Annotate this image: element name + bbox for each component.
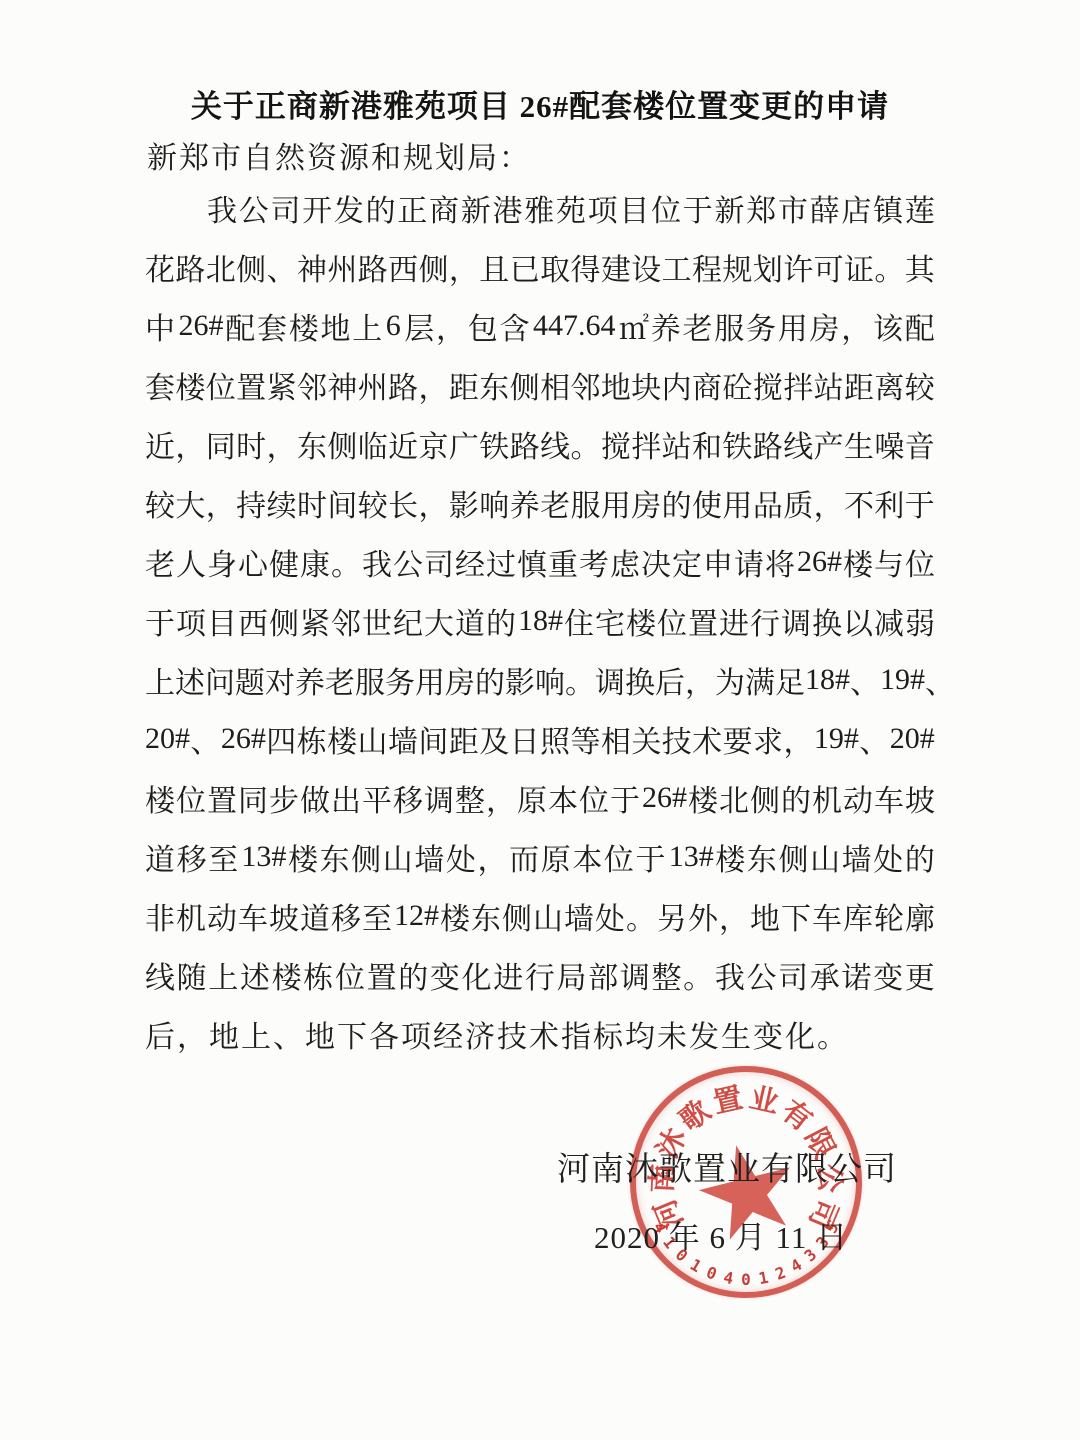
text-token: 12#	[394, 899, 439, 933]
text-token: 其	[905, 245, 935, 289]
text-token: 19#	[880, 663, 925, 697]
text-token: 非	[145, 894, 175, 938]
text-token: 调	[781, 599, 811, 643]
text-token: 减	[874, 599, 904, 643]
text-token: 行	[525, 953, 555, 997]
text-token: 问	[205, 658, 235, 702]
text-token: 上	[352, 304, 382, 348]
text-token: 坡	[269, 894, 299, 938]
text-token: 神	[297, 245, 327, 289]
text-token: 生	[721, 1012, 753, 1056]
text-token: 的	[905, 835, 935, 879]
text-token: 近	[145, 422, 175, 466]
seal-arc-char: 置	[708, 1079, 746, 1117]
text-token: 。	[683, 953, 713, 997]
text-token: 术	[529, 1012, 561, 1056]
text-token: 西	[388, 245, 418, 289]
text-token: 重	[548, 540, 578, 584]
text-token: 弱	[905, 599, 935, 643]
text-token: 路	[510, 422, 540, 466]
text-token: 技	[662, 717, 692, 761]
text-token: 距	[449, 717, 479, 761]
text-token: 库	[843, 894, 873, 938]
text-token: 山	[383, 835, 413, 879]
text-token: 地	[601, 363, 631, 407]
text-token: 取	[540, 245, 570, 289]
text-token: 务	[385, 658, 415, 702]
text-token: 京	[419, 422, 449, 466]
text-token: 我	[362, 540, 392, 584]
text-token: 且	[479, 245, 509, 289]
text-token: 于	[683, 186, 713, 230]
text-token: 该	[873, 304, 903, 348]
text-token: 东	[479, 363, 509, 407]
text-token: 进	[719, 599, 749, 643]
text-token: 以	[843, 599, 873, 643]
document-page: 关于正商新港雅苑项目 26#配套楼位置变更的申请 新郑市自然资源和规划局： 我公…	[0, 0, 1080, 1440]
text-token: 司	[270, 186, 300, 230]
text-token: 13#	[669, 840, 714, 874]
body-line: 套楼位置紧邻神州路，距东侧相邻地块内商砼搅拌站距离较	[145, 355, 935, 414]
text-token: 世	[362, 599, 392, 643]
text-token: 老	[683, 304, 713, 348]
text-token: 墙	[388, 717, 418, 761]
text-token: 四	[266, 717, 296, 761]
text-token: 机	[176, 894, 206, 938]
text-token: 东	[747, 835, 777, 879]
text-token: 间	[418, 717, 448, 761]
text-token: 位	[579, 776, 609, 820]
text-token: 较	[145, 481, 175, 525]
salutation: 新郑市自然资源和规划局：	[147, 133, 531, 177]
body-line: 较大，持续时间较长，影响养老服用房的使用品质，不利于	[145, 473, 935, 532]
text-token: 地	[209, 1012, 241, 1056]
text-token: ，	[449, 245, 479, 289]
text-token: 司	[778, 953, 808, 997]
text-token: 音	[905, 422, 935, 466]
text-token: 于	[636, 835, 666, 879]
text-token: 苑	[556, 186, 586, 230]
text-token: 山	[358, 717, 388, 761]
text-token: ，	[719, 894, 749, 938]
text-token: 影	[449, 481, 479, 525]
text-token: 线	[783, 422, 813, 466]
text-token: 位	[651, 186, 681, 230]
text-token: 铁	[479, 422, 509, 466]
text-token: 变	[753, 1012, 785, 1056]
signature-date: 2020 年 6 月 11 日	[594, 1212, 848, 1257]
text-token: 侧	[269, 599, 299, 643]
text-token: 的	[475, 658, 505, 702]
text-token: 康	[300, 540, 330, 584]
text-token: 商	[429, 186, 459, 230]
text-token: 做	[300, 776, 330, 820]
text-token: 健	[269, 540, 299, 584]
body-line: 后，地上、地下各项经济技术指标均未发生变化。	[145, 1004, 935, 1063]
text-token: 18#	[805, 663, 850, 697]
text-token: 东	[471, 894, 501, 938]
text-token: 商	[692, 363, 722, 407]
body-line: 我公司开发的正商新港雅苑项目位于新郑市薛店镇莲	[145, 178, 935, 237]
text-token: 铁	[722, 422, 752, 466]
text-token: 许	[783, 245, 813, 289]
text-token: 楼	[327, 717, 357, 761]
text-token: 楼	[843, 540, 873, 584]
text-token: 下	[781, 894, 811, 938]
text-token: 栋	[303, 953, 333, 997]
text-token: 侧	[502, 894, 532, 938]
text-token: 东	[297, 422, 327, 466]
text-token: 20#	[890, 722, 935, 756]
text-token: 东	[320, 835, 350, 879]
text-token: 产	[814, 422, 844, 466]
text-token: 心	[238, 540, 268, 584]
text-token: 务	[746, 304, 776, 348]
text-token: 新	[461, 186, 491, 230]
text-token: 调	[595, 658, 625, 702]
text-token: 动	[207, 894, 237, 938]
text-token: 侧	[778, 835, 808, 879]
text-token: 廓	[905, 894, 935, 938]
text-token: 局	[557, 953, 587, 997]
text-token: 移	[331, 894, 361, 938]
text-token: 品	[753, 481, 783, 525]
text-token: 开	[302, 186, 332, 230]
signature-company: 河南沐歌置业有限公司	[557, 1143, 897, 1190]
text-token: 。	[817, 1012, 849, 1056]
text-token: 步	[269, 776, 299, 820]
text-token: 邻	[297, 363, 327, 407]
text-token: 镇	[873, 186, 903, 230]
text-token: ，	[478, 835, 508, 879]
text-token: 内	[662, 363, 692, 407]
text-token: 和	[692, 422, 722, 466]
body-line: 中 26#配套楼地上 6 层，包含 447.64 ㎡养老服务用房，该配	[145, 296, 935, 355]
text-token: 时	[297, 481, 327, 525]
text-token: 更	[905, 953, 935, 997]
text-token: ㎡	[619, 304, 649, 348]
text-token: 坡	[905, 776, 935, 820]
text-token: 身	[207, 540, 237, 584]
text-token: 块	[631, 363, 661, 407]
text-token: 地	[750, 894, 780, 938]
text-token: ，	[783, 717, 813, 761]
text-token: 中	[145, 304, 175, 348]
text-token: 等	[570, 717, 600, 761]
text-token: 调	[620, 953, 650, 997]
text-token: 拌	[631, 422, 661, 466]
text-token: 新	[715, 186, 745, 230]
text-token: 侧	[327, 422, 357, 466]
text-token: 变	[430, 953, 460, 997]
text-token: 路	[358, 245, 388, 289]
text-token: 不	[844, 481, 874, 525]
text-token: 噪	[874, 422, 904, 466]
text-token: 神	[327, 363, 357, 407]
text-token: 请	[734, 540, 764, 584]
text-token: 持	[236, 481, 266, 525]
text-token: 变	[873, 953, 903, 997]
body-line: 上述问题对养老服务用房的影响。调换后，为满足 18#、19#、	[145, 650, 935, 709]
text-token: ，	[685, 658, 715, 702]
text-token: 证	[844, 245, 874, 289]
body-line: 线随上述楼栋位置的变化进行局部调整。我公司承诺变更	[145, 945, 935, 1004]
seal-serial-digit: 4	[719, 1267, 738, 1288]
text-token: 26#	[642, 781, 687, 815]
text-token: 虑	[610, 540, 640, 584]
text-token: 利	[874, 481, 904, 525]
text-token: 经	[433, 1012, 465, 1056]
text-token: 服	[714, 304, 744, 348]
text-token: 续	[267, 481, 297, 525]
text-token: 地	[305, 1012, 337, 1056]
text-token: 置	[207, 776, 237, 820]
text-token: 的	[486, 599, 516, 643]
text-token: 站	[814, 363, 844, 407]
document-title: 关于正商新港雅苑项目 26#配套楼位置变更的申请	[0, 81, 1080, 126]
text-token: 移	[177, 835, 207, 879]
text-token: 动	[843, 776, 873, 820]
text-token: ，	[206, 481, 236, 525]
text-token: 宅	[595, 599, 625, 643]
text-token: 可	[814, 245, 844, 289]
text-token: 用	[778, 304, 808, 348]
text-token: 换	[812, 599, 842, 643]
text-token: 19#	[814, 722, 859, 756]
text-token: 距	[844, 363, 874, 407]
text-token: 规	[722, 245, 752, 289]
text-token: 本	[572, 835, 602, 879]
text-token: 楼	[288, 835, 318, 879]
text-token: 、	[190, 717, 220, 761]
text-token: 调	[424, 776, 454, 820]
text-token: 养	[295, 658, 325, 702]
text-token: 下	[337, 1012, 369, 1056]
text-token: 处	[595, 894, 625, 938]
text-token: 人	[176, 540, 206, 584]
text-token: 日	[510, 717, 540, 761]
text-token: 各	[369, 1012, 401, 1056]
text-token: 层	[404, 304, 434, 348]
text-token: 线	[540, 422, 570, 466]
text-token: 老	[145, 540, 175, 584]
text-token: ，	[814, 481, 844, 525]
text-token: 。	[570, 422, 600, 466]
text-token: 公	[239, 186, 269, 230]
text-token: 花	[145, 245, 175, 289]
text-token: 紧	[300, 599, 330, 643]
text-token: 莲	[905, 186, 935, 230]
text-token: 侧	[419, 245, 449, 289]
text-token: 6	[386, 309, 401, 343]
text-token: 未	[657, 1012, 689, 1056]
text-token: 均	[625, 1012, 657, 1056]
text-token: 及	[479, 717, 509, 761]
text-token: 。	[331, 540, 361, 584]
text-token: 、	[859, 717, 889, 761]
text-token: 设	[631, 245, 661, 289]
text-token: 时	[236, 422, 266, 466]
text-token: 楼	[145, 776, 175, 820]
text-token: 平	[362, 776, 392, 820]
text-token: 老	[325, 658, 355, 702]
text-token: 服	[570, 481, 600, 525]
text-token: 使	[692, 481, 722, 525]
body-line: 花路北侧、神州路西侧，且已取得建设工程规划许可证。其	[145, 237, 935, 296]
text-token: 于	[610, 776, 640, 820]
text-token: 响	[535, 658, 565, 702]
text-token: ，	[267, 422, 297, 466]
text-token: 技	[497, 1012, 529, 1056]
text-token: 雅	[524, 186, 554, 230]
text-token: 而	[509, 835, 539, 879]
text-token: 老	[540, 481, 570, 525]
text-token: 用	[601, 481, 631, 525]
text-token: ，	[436, 304, 466, 348]
text-token: 处	[446, 835, 476, 879]
text-token: 距	[449, 363, 479, 407]
text-token: 站	[662, 422, 692, 466]
text-token: 州	[358, 363, 388, 407]
text-token: 养	[510, 481, 540, 525]
text-token: 本	[548, 776, 578, 820]
text-token: 26#	[221, 722, 266, 756]
text-token: 置	[688, 599, 718, 643]
text-token: 墙	[842, 835, 872, 879]
text-token: 、	[273, 1012, 305, 1056]
text-token: 要	[723, 717, 753, 761]
text-token: 移	[393, 776, 423, 820]
text-token: 同	[206, 422, 236, 466]
text-token: 侧	[351, 835, 381, 879]
text-token: 过	[486, 540, 516, 584]
text-token: 公	[393, 540, 423, 584]
text-token: 路	[753, 422, 783, 466]
text-token: 邻	[331, 599, 361, 643]
text-token: 指	[561, 1012, 593, 1056]
text-token: 行	[750, 599, 780, 643]
body-line: 于项目西侧紧邻世纪大道的 18#住宅楼位置进行调换以减弱	[145, 591, 935, 650]
text-token: 离	[874, 363, 904, 407]
text-token: 我	[715, 953, 745, 997]
text-token: 大	[175, 481, 205, 525]
text-token: 程	[692, 245, 722, 289]
text-token: 侧	[236, 245, 266, 289]
text-token: 路	[388, 363, 418, 407]
seal-arc-char: 业	[746, 1079, 784, 1117]
text-token: 楼	[175, 363, 205, 407]
text-token: 我	[207, 186, 237, 230]
text-token: 26#	[797, 545, 842, 579]
text-token: 西	[238, 599, 268, 643]
text-token: 养	[651, 304, 681, 348]
text-token: 道	[300, 894, 330, 938]
text-token: 港	[492, 186, 522, 230]
text-token: 店	[841, 186, 871, 230]
text-token: 相	[540, 363, 570, 407]
body-line: 老人身心健康。我公司经过慎重考虑决定申请将 26#楼与位	[145, 532, 935, 591]
text-token: 项	[588, 186, 618, 230]
text-token: 司	[424, 540, 454, 584]
text-token: 承	[810, 953, 840, 997]
text-token: 济	[465, 1012, 497, 1056]
text-token: 定	[672, 540, 702, 584]
text-token: 北	[719, 776, 749, 820]
text-token: 郑	[746, 186, 776, 230]
text-token: 发	[334, 186, 364, 230]
text-token: 楼	[440, 894, 470, 938]
text-token: 20#	[145, 722, 190, 756]
text-token: 上	[241, 1012, 273, 1056]
text-token: 已	[510, 245, 540, 289]
text-token: 邻	[570, 363, 600, 407]
text-token: 薛	[810, 186, 840, 230]
text-token: 州	[327, 245, 357, 289]
text-token: 市	[778, 186, 808, 230]
text-token: 题	[235, 658, 265, 702]
text-token: 侧	[510, 363, 540, 407]
text-token: 住	[564, 599, 594, 643]
text-token: 楼	[626, 599, 656, 643]
text-token: 于	[905, 481, 935, 525]
text-token: 13#	[241, 840, 286, 874]
text-token: 置	[236, 363, 266, 407]
text-token: 影	[505, 658, 535, 702]
text-token: 搅	[753, 363, 783, 407]
text-token: 楼	[715, 835, 745, 879]
body-paragraph: 我公司开发的正商新港雅苑项目位于新郑市薛店镇莲花路北侧、神州路西侧，且已取得建设…	[145, 178, 935, 1063]
text-token: 较	[358, 481, 388, 525]
text-token: 的	[662, 481, 692, 525]
text-token: 临	[358, 422, 388, 466]
text-token: 足	[775, 658, 805, 702]
text-token: 墙	[564, 894, 594, 938]
text-token: 、	[925, 658, 955, 702]
text-token: 房	[631, 481, 661, 525]
text-token: 另	[657, 894, 687, 938]
text-token: 外	[688, 894, 718, 938]
text-token: 项	[176, 599, 206, 643]
text-token: 上	[145, 658, 175, 702]
text-token: 目	[207, 599, 237, 643]
text-token: 关	[631, 717, 661, 761]
text-token: 化	[462, 953, 492, 997]
text-token: 路	[175, 245, 205, 289]
text-token: 部	[588, 953, 618, 997]
text-token: 发	[689, 1012, 721, 1056]
text-token: 原	[541, 835, 571, 879]
text-token: 工	[662, 245, 692, 289]
text-token: 搅	[601, 422, 631, 466]
text-token: 目	[619, 186, 649, 230]
text-token: 位	[657, 599, 687, 643]
text-token: 长	[388, 481, 418, 525]
text-token: 建	[601, 245, 631, 289]
text-token: 整	[455, 776, 485, 820]
text-token: 满	[745, 658, 775, 702]
text-token: 套	[257, 304, 287, 348]
text-token: ，	[419, 363, 449, 407]
text-token: 房	[810, 304, 840, 348]
seal-serial-digit: 0	[738, 1270, 754, 1288]
text-token: 含	[500, 304, 530, 348]
text-token: 地	[321, 304, 351, 348]
text-token: 置	[367, 953, 397, 997]
text-token: 楼	[688, 776, 718, 820]
text-token: 车	[874, 776, 904, 820]
text-token: 同	[238, 776, 268, 820]
text-token: 套	[145, 363, 175, 407]
